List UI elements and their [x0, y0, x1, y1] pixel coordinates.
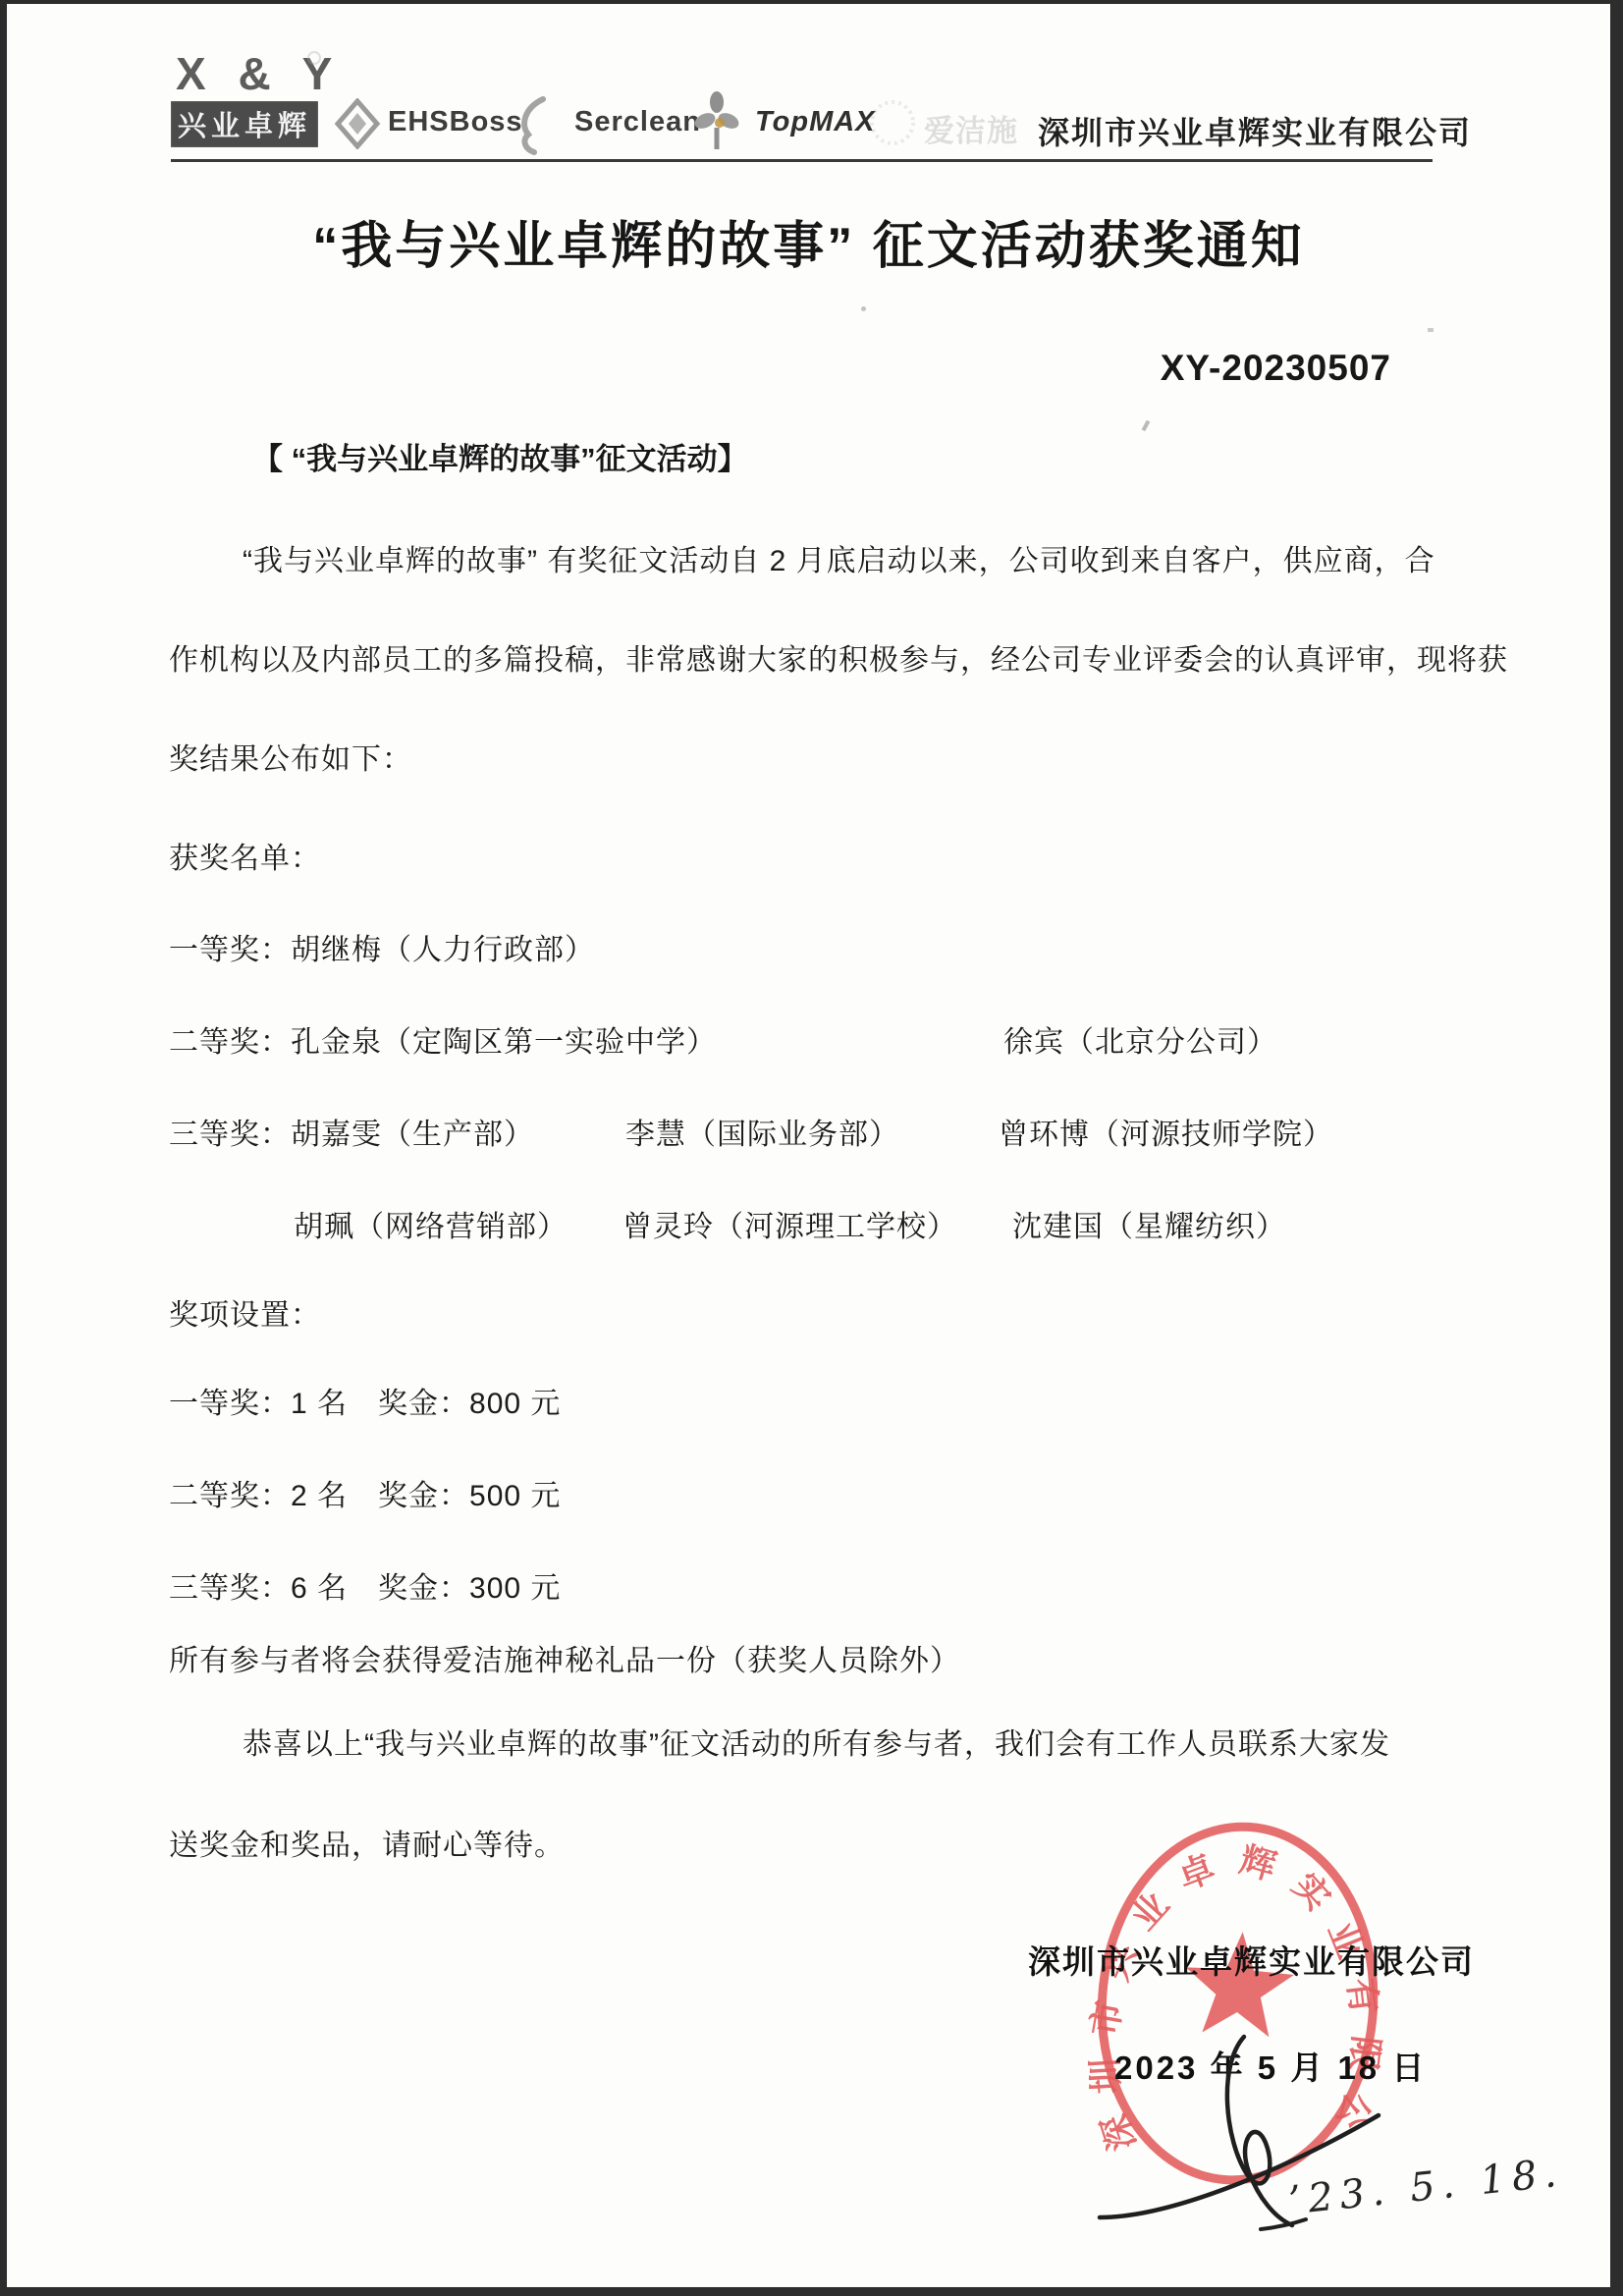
- scan-artifact: [1142, 420, 1151, 432]
- award-setting-line: 三等奖：6 名 奖金：300 元: [169, 1563, 561, 1607]
- awards-label: 奖项设置：: [169, 1290, 321, 1334]
- partner-label-ehsboss: EHSBoss: [388, 106, 523, 138]
- signoff-company-name: 深圳市兴业卓辉实业有限公司: [1028, 1937, 1475, 1983]
- third-prize-entry: 曾灵玲（河源理工学校）: [622, 1202, 957, 1245]
- third-prize-entry: 沈建国（星耀纺织）: [1012, 1202, 1286, 1245]
- gift-note-line: 所有参与者将会获得爱洁施神秘礼品一份（获奖人员除外）: [169, 1636, 960, 1679]
- letterhead-company-name: 深圳市兴业卓辉实业有限公司: [1038, 108, 1472, 153]
- closing-line: 送奖金和奖品，请耐心等待。: [169, 1821, 565, 1864]
- first-prize-line: 一等奖：胡继梅（人力行政部）: [169, 925, 595, 968]
- letterhead-divider: [171, 159, 1433, 162]
- third-prize-entry: 三等奖：胡嘉雯（生产部）: [169, 1110, 534, 1153]
- intro-line: 作机构以及内部员工的多篇投稿，非常感谢大家的积极参与，经公司专业评委会的认真评审…: [169, 635, 1508, 679]
- brand-logo-cn: 兴业卓辉: [178, 104, 311, 144]
- partner-label-serclean: Serclean: [574, 106, 701, 138]
- scanned-letter-page: X & Y 兴业卓辉 EHSBoss Serclean TopMAX 爱洁施 深…: [7, 4, 1610, 2287]
- second-prize-entry: 二等奖：孔金泉（定陶区第一实验中学）: [169, 1017, 717, 1061]
- partner-label-topmax: TopMAX: [755, 106, 876, 138]
- topmax-plant-icon: [694, 90, 739, 158]
- third-prize-entry: 李慧（国际业务部）: [625, 1110, 899, 1153]
- scan-artifact: [1428, 328, 1434, 332]
- third-prize-entry: 胡珮（网络营销部）: [294, 1202, 568, 1245]
- award-setting-line: 一等奖：1 名 奖金：800 元: [169, 1379, 561, 1422]
- brand-logo-box: 兴业卓辉: [171, 101, 318, 147]
- serclean-swoosh-icon: [512, 94, 557, 160]
- winners-label: 获奖名单：: [169, 834, 321, 877]
- aijieshi-circle-icon: [867, 96, 918, 154]
- closing-line: 恭喜以上“我与兴业卓辉的故事”征文活动的所有参与者，我们会有工作人员联系大家发: [243, 1720, 1390, 1763]
- third-prize-entry: 曾环博（河源技师学院）: [999, 1110, 1333, 1153]
- document-number: XY-20230507: [1161, 348, 1391, 389]
- intro-line: “我与兴业卓辉的故事” 有奖征文活动自 2 月底启动以来，公司收到来自客户，供应…: [243, 536, 1435, 579]
- intro-line: 奖结果公布如下：: [169, 735, 412, 778]
- scan-artifact: [861, 306, 866, 311]
- second-prize-entry: 徐宾（北京分公司）: [1003, 1017, 1277, 1061]
- document-title: “我与兴业卓辉的故事” 征文活动获奖通知: [7, 204, 1610, 278]
- section-heading: 【 “我与兴业卓辉的故事”征文活动】: [252, 434, 748, 478]
- scan-artifact: [307, 51, 321, 65]
- award-setting-line: 二等奖：2 名 奖金：500 元: [169, 1471, 561, 1514]
- partner-label-aijieshi: 爱洁施: [924, 106, 1018, 150]
- ehsboss-diamond-icon: [334, 98, 381, 154]
